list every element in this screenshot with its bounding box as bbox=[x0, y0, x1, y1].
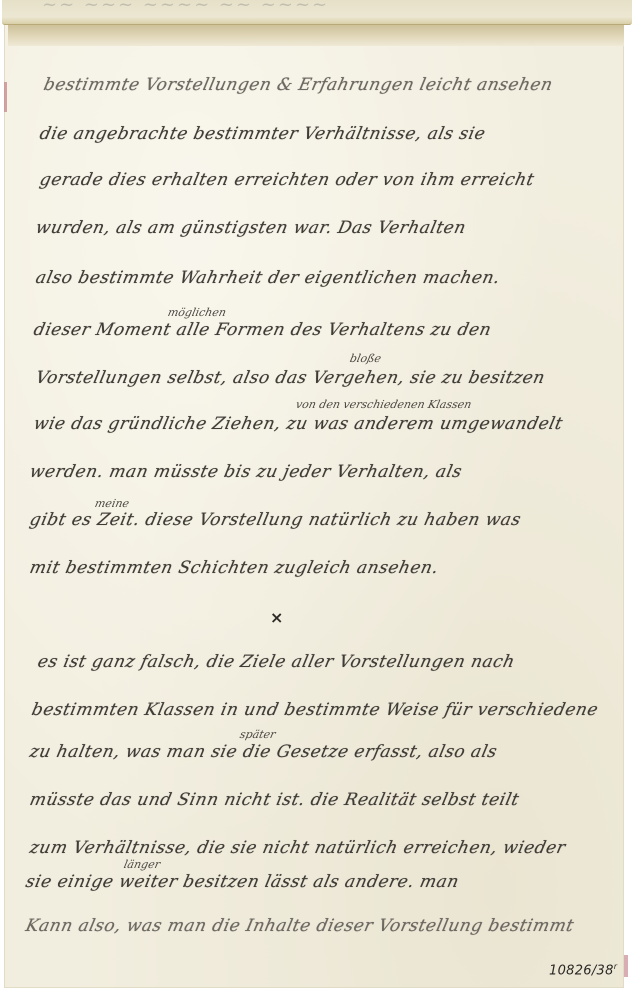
handwritten-line: gerade dies erhalten erreichten oder von… bbox=[38, 170, 536, 190]
handwritten-line: die angebrachte bestimmter Verhältnisse,… bbox=[38, 124, 487, 144]
handwritten-line: bestimmten Klassen in und bestimmte Weis… bbox=[30, 700, 600, 720]
handwritten-line: zu halten, was man sie die Gesetze erfas… bbox=[28, 742, 499, 762]
margin-mark-right bbox=[624, 955, 628, 977]
interlinear-insertion: meine bbox=[94, 497, 131, 510]
folded-page-edge: ~~ ~~~ ~~~~ ~~ ~~~~ bbox=[2, 0, 632, 25]
handwritten-line: sie einige weiter besitzen lässt als and… bbox=[24, 872, 461, 892]
handwritten-line: also bestimmte Wahrheit der eigentlichen… bbox=[34, 268, 502, 288]
archive-folio-number: 10826/38r bbox=[549, 962, 617, 978]
archive-id-number: 10826/38 bbox=[549, 963, 614, 978]
handwritten-line: müsste das und Sinn nicht ist. die Reali… bbox=[28, 790, 521, 810]
manuscript-scan: ~~ ~~~ ~~~~ ~~ ~~~~ bestimmte Vorstellun… bbox=[0, 0, 634, 990]
margin-mark-left bbox=[4, 82, 7, 112]
show-through-text: ~~ ~~~ ~~~~ ~~ ~~~~ bbox=[42, 0, 329, 15]
handwritten-line: Kann also, was man die Inhalte dieser Vo… bbox=[24, 916, 576, 936]
interlinear-insertion: bloße bbox=[349, 352, 383, 365]
section-divider-x: × bbox=[270, 608, 283, 627]
handwritten-line: Vorstellungen selbst, also das Vergehen,… bbox=[34, 368, 547, 388]
handwritten-line: wie das gründliche Ziehen, zu was andere… bbox=[32, 414, 565, 434]
fold-shadow bbox=[8, 24, 624, 46]
handwritten-line: mit bestimmten Schichten zugleich ansehe… bbox=[28, 558, 441, 578]
interlinear-insertion: länger bbox=[123, 858, 162, 871]
interlinear-insertion: möglichen bbox=[167, 306, 228, 319]
interlinear-insertion: später bbox=[239, 728, 277, 741]
interlinear-insertion: von den verschiedenen Klassen bbox=[295, 398, 473, 411]
handwritten-line: es ist ganz falsch, die Ziele aller Vors… bbox=[36, 652, 517, 672]
handwritten-line: bestimmte Vorstellungen & Erfahrungen le… bbox=[42, 75, 555, 95]
handwritten-line: zum Verhältnisse, die sie nicht natürlic… bbox=[28, 838, 568, 858]
handwritten-line: wurden, als am günstigsten war. Das Verh… bbox=[34, 218, 468, 238]
handwritten-line: dieser Moment alle Formen des Verhaltens… bbox=[32, 320, 493, 340]
archive-id-recto-suffix: r bbox=[614, 962, 618, 971]
handwritten-line: gibt es Zeit. diese Vorstellung natürlic… bbox=[28, 510, 523, 530]
handwritten-line: werden. man müsste bis zu jeder Verhalte… bbox=[28, 462, 464, 482]
